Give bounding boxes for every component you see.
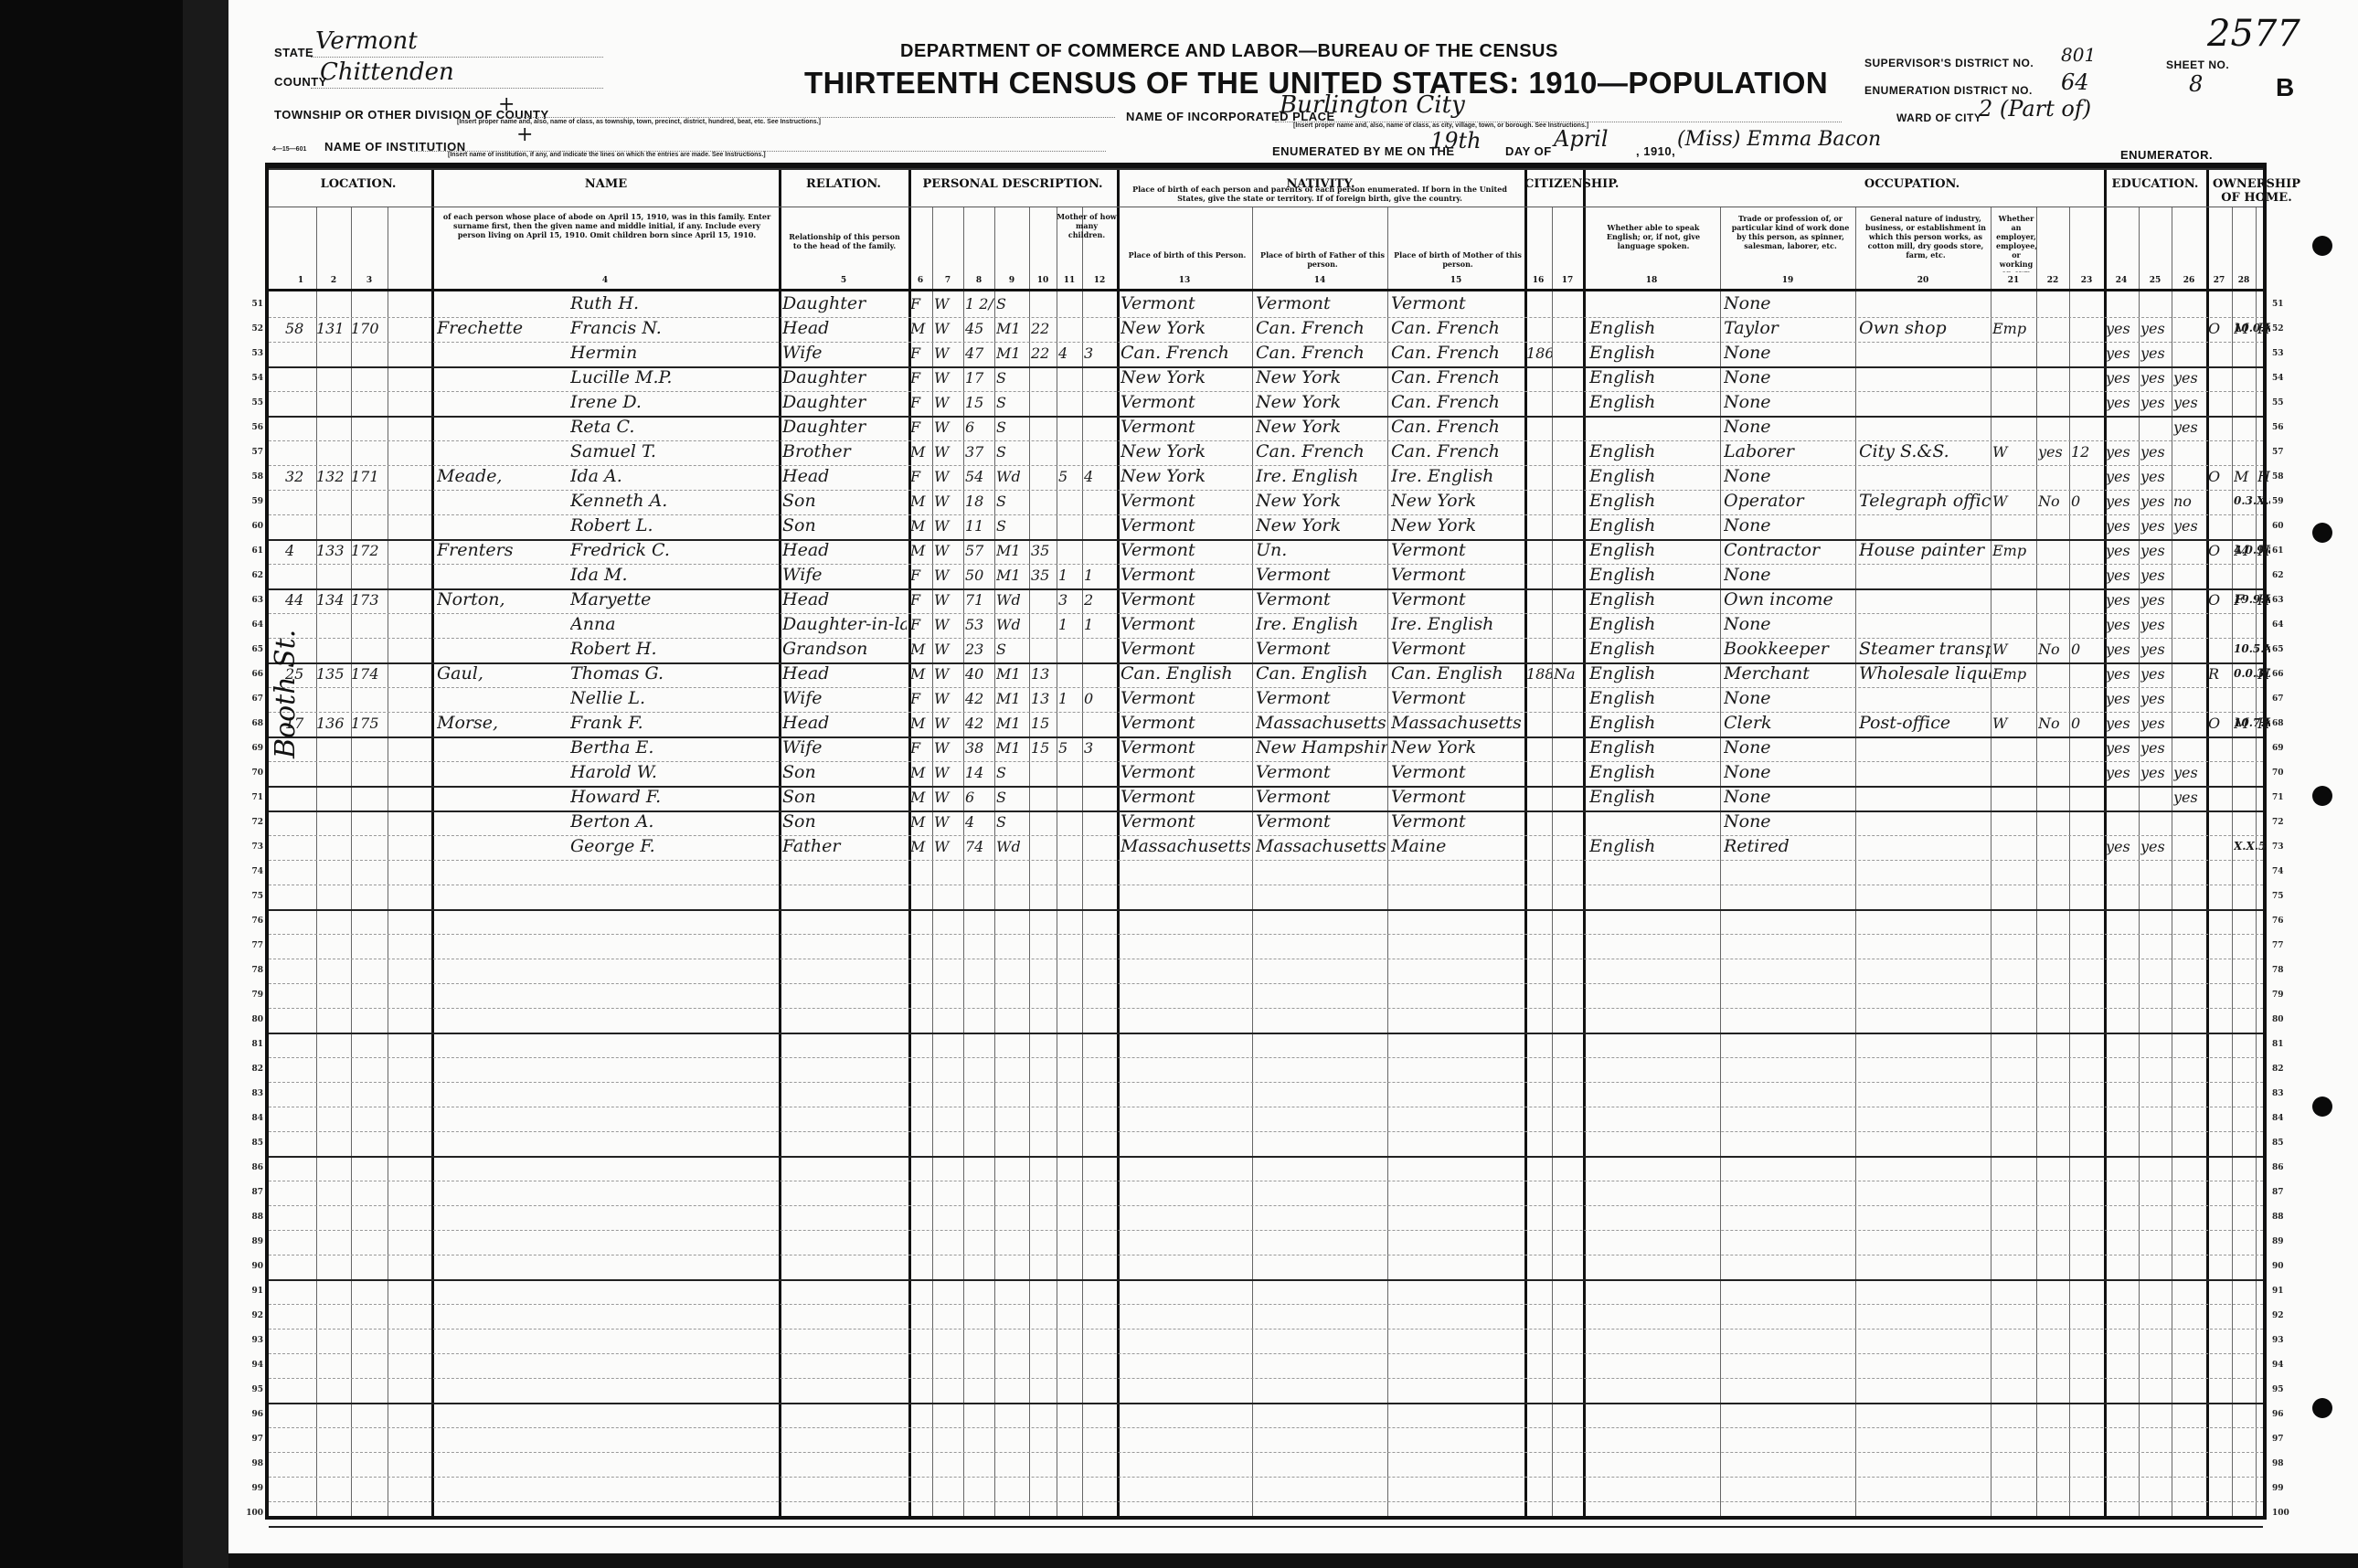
cell-employer: W [1992,638,2036,661]
cell-mother-birth: Vermont [1391,539,1523,562]
cell-father-birth: New York [1256,366,1387,389]
row-number: 81 [236,1040,263,1049]
cell-race: W [934,712,961,735]
cell-mother-birth: Ire. English [1391,613,1523,636]
cell-given: Ruth H. [570,292,776,315]
row-rule [269,1107,2263,1107]
cell-age: 50 [965,564,994,587]
cell-relation: Head [782,712,907,735]
cell-mother-birth: Can. French [1391,317,1523,340]
column-number: 2 [324,276,343,285]
cell-industry: Steamer transportation [1859,638,1991,661]
cell-family: 172 [351,539,388,562]
row-number: 72 [2272,818,2300,827]
year-label: , 1910, [1636,144,1675,158]
table-row[interactable]: 25135174Gaul,Thomas G.HeadMW40M113Can. E… [269,662,2263,687]
cell-marital: S [996,810,1029,833]
cell-surname: Frenters [437,539,556,562]
row-number: 95 [2272,1385,2300,1394]
cell-dwelling: 136 [316,712,351,735]
cell-employer: Emp [1992,317,2036,340]
cell-employer: W [1992,490,2036,513]
cell-race: W [934,786,961,809]
table-row[interactable]: Ida M.WifeFW50M13511VermontVermontVermon… [269,564,2263,588]
cell-marital: S [996,292,1029,315]
cell-language: English [1589,712,1717,735]
row-rule [269,1205,2263,1206]
cell-mother-birth: Vermont [1391,564,1523,587]
cell-birth: Vermont [1121,613,1252,636]
row-number: 85 [236,1139,263,1148]
cell-schedule-code: 0.3.X.8 [2234,490,2270,513]
cell-language: English [1589,366,1717,389]
sheet-value: 8 [2189,71,2203,97]
cell-relation: Head [782,539,907,562]
cell-given: Howard F. [570,786,776,809]
cell-marital: Wd [996,465,1029,488]
cell-sex: M [910,761,932,784]
cell-given: Ida M. [570,564,776,587]
row-number: 84 [2272,1114,2300,1123]
cell-age: 42 [965,712,994,735]
column-number: 5 [834,276,853,285]
row-number: 54 [2272,374,2300,383]
column-group-title: PERSONAL DESCRIPTION. [908,177,1117,191]
cell-industry: Post-office [1859,712,1991,735]
row-number: 57 [2272,448,2300,457]
table-row[interactable]: Ruth H.DaughterFW1 2/12SVermontVermontVe… [269,292,2263,317]
table-row[interactable]: 44134173Norton,MaryetteHeadFW71Wd32Vermo… [269,588,2263,613]
row-number: 94 [2272,1361,2300,1370]
cell-write: yes [2140,514,2172,537]
table-row[interactable]: Robert L.SonMW11SVermontNew YorkNew York… [269,514,2263,539]
column-description-mother-of: Mother of how many children. [1057,212,1117,272]
cell-relation: Head [782,588,907,611]
row-number: 88 [2272,1213,2300,1222]
row-rule [269,860,2263,861]
cell-children-living: 4 [1084,465,1115,488]
cell-sex: M [910,786,932,809]
cell-write: yes [2140,687,2172,710]
cell-trade: None [1724,465,1855,488]
table-row[interactable]: George F.FatherMW74WdMassachusettsMassac… [269,835,2263,860]
cell-industry: City S.&S. [1859,440,1991,463]
cell-birth: Vermont [1121,564,1252,587]
cell-read: yes [2106,539,2139,562]
cell-given: Kenneth A. [570,490,776,513]
cell-father-birth: Can. French [1256,342,1387,365]
cell-children-living: 1 [1084,613,1115,636]
row-rule [269,1008,2263,1009]
table-row[interactable]: Lucille M.P.DaughterFW17SNew YorkNew Yor… [269,366,2263,391]
cell-marital: M1 [996,342,1029,365]
cell-own: O [2208,588,2232,611]
cell-read: yes [2106,687,2139,710]
cell-schedule-code: 19.9.X.X [2234,588,2270,611]
cell-write: yes [2140,342,2172,365]
row-rule [269,1378,2263,1379]
cell-write: yes [2140,564,2172,587]
table-row[interactable]: 32132171Meade,Ida A.HeadFW54Wd54New York… [269,465,2263,490]
cell-marital: M1 [996,317,1029,340]
enumerated-month: April [1554,126,1609,152]
table-row[interactable]: AnnaDaughter-in-lawFW53Wd11VermontIre. E… [269,613,2263,638]
row-number: 80 [236,1015,263,1024]
table-row[interactable]: HerminWifeFW47M12243Can. FrenchCan. Fren… [269,342,2263,366]
cell-age: 1 2/12 [965,292,994,315]
cell-age: 17 [965,366,994,389]
cell-read: yes [2106,391,2139,414]
cell-sex: F [910,687,932,710]
cell-employer: W [1992,712,2036,735]
cell-trade: Contractor [1724,539,1855,562]
sheet-label: SHEET NO. [2166,58,2229,71]
column-number: 13 [1175,276,1194,285]
table-row[interactable]: Kenneth A.SonMW18SVermontNew YorkNew Yor… [269,490,2263,514]
table-row[interactable]: Howard F.SonMW6SVermontVermontVermontEng… [269,786,2263,810]
table-row[interactable]: 17136175Morse,Frank F.HeadMW42M115Vermon… [269,712,2263,736]
cell-trade: Operator [1724,490,1855,513]
cell-read: yes [2106,761,2139,784]
cell-surname: Norton, [437,588,556,611]
cell-school: yes [2173,786,2206,809]
cell-age: 4 [965,810,994,833]
row-number: 90 [2272,1262,2300,1271]
cell-sex: F [910,342,932,365]
cell-sex: M [910,514,932,537]
row-rule [269,983,2263,984]
cell-sex: M [910,835,932,858]
cell-given: Harold W. [570,761,776,784]
cell-race: W [934,416,961,439]
supervisor-label: SUPERVISOR'S DISTRICT NO. [1864,57,2034,69]
cell-age: 14 [965,761,994,784]
row-number: 94 [236,1361,263,1370]
cell-dwelling: 131 [316,317,351,340]
cell-children-born: 3 [1058,588,1082,611]
cell-birth: Vermont [1121,292,1252,315]
cell-language: English [1589,662,1717,685]
row-number: 98 [236,1459,263,1468]
table-row[interactable]: Harold W.SonMW14SVermontVermontVermontEn… [269,761,2263,786]
table-row[interactable]: Berton A.SonMW4SVermontVermontVermontNon… [269,810,2263,835]
column-group-title: OWNERSHIP OF HOME. [2206,177,2307,205]
cell-yrs-married: 15 [1031,712,1057,735]
cell-immig: 1863 [1526,342,1552,365]
column-number: 7 [939,276,957,285]
cell-given: Reta C. [570,416,776,439]
row-rule [269,1230,2263,1231]
row-number: 56 [2272,423,2300,432]
cell-mother-birth: Vermont [1391,588,1523,611]
cell-surname: Morse, [437,712,556,735]
column-number: 25 [2146,276,2164,285]
cell-write: yes [2140,638,2172,661]
column-group-title: EDUCATION. [2104,177,2206,191]
cell-marital: M1 [996,564,1029,587]
cell-relation: Son [782,810,907,833]
cell-write: yes [2140,588,2172,611]
punch-hole-3 [2312,786,2332,806]
cell-age: 23 [965,638,994,661]
cell-schedule-code: 4.0.9.8 [2234,539,2270,562]
row-number: 86 [2272,1163,2300,1172]
cell-birth: Vermont [1121,539,1252,562]
cell-sex: F [910,292,932,315]
cell-race: W [934,317,961,340]
cell-surname: Gaul, [437,662,556,685]
cell-race: W [934,613,961,636]
cell-industry: Telegraph office [1859,490,1991,513]
institution-note: [Insert name of institution, if any, and… [448,152,766,158]
column-number: 17 [1558,276,1577,285]
supervisor-value: 801 [2061,44,2096,66]
cell-birth: New York [1121,366,1252,389]
cell-mother-birth: New York [1391,490,1523,513]
row-number: 79 [2272,991,2300,1000]
cell-yrs-married: 22 [1031,317,1057,340]
row-rule [269,1279,2263,1281]
cell-sex: F [910,416,932,439]
cell-employer: W [1992,440,2036,463]
cell-birth: Vermont [1121,786,1252,809]
cell-age: 74 [965,835,994,858]
cell-language: English [1589,687,1717,710]
cell-schedule-code: 10.0.X.2 [2234,317,2270,340]
cell-race: W [934,736,961,759]
cell-relation: Wife [782,564,907,587]
table-row[interactable]: Bertha E.WifeFW38M11553VermontNew Hampsh… [269,736,2263,761]
cell-language: English [1589,613,1717,636]
cell-trade: None [1724,810,1855,833]
cell-mother-birth: Can. French [1391,366,1523,389]
cell-read: yes [2106,835,2139,858]
cell-write: yes [2140,736,2172,759]
incorporated-place-value: Burlington City [1280,91,1465,119]
cell-language: English [1589,786,1717,809]
table-row[interactable]: Irene D.DaughterFW15SVermontNew YorkCan.… [269,391,2263,416]
cell-read: yes [2106,588,2139,611]
row-rule [269,1082,2263,1083]
cell-relation: Daughter [782,391,907,414]
row-number: 73 [236,842,263,852]
cell-birth: Can. French [1121,342,1252,365]
cell-write: yes [2140,490,2172,513]
township-note: [Insert proper name and, also, name of c… [457,119,821,125]
row-number: 92 [236,1311,263,1320]
table-row[interactable]: Samuel T.BrotherMW37SNew YorkCan. French… [269,440,2263,465]
institution-value: + [516,123,533,146]
row-number: 99 [2272,1484,2300,1493]
row-number: 71 [236,793,263,802]
cell-race: W [934,687,961,710]
table-row[interactable]: 58131170FrechetteFrancis N.HeadMW45M122N… [269,317,2263,342]
cell-family: 171 [351,465,388,488]
cell-age: 6 [965,416,994,439]
form-code: 4—15—601 [272,146,306,153]
cell-employer: Emp [1992,539,2036,562]
cell-children-born: 4 [1058,342,1082,365]
cell-given: George F. [570,835,776,858]
cell-children-living: 2 [1084,588,1115,611]
county-value: Chittenden [320,58,454,86]
cell-marital: M1 [996,712,1029,735]
cell-father-birth: Can. English [1256,662,1387,685]
row-number: 61 [236,546,263,556]
cell-dwelling: 132 [316,465,351,488]
table-row[interactable]: Robert H.GrandsonMW23SVermontVermontVerm… [269,638,2263,662]
cell-father-birth: Vermont [1256,638,1387,661]
cell-relation: Son [782,490,907,513]
cell-language: English [1589,514,1717,537]
cell-birth: Vermont [1121,687,1252,710]
cell-trade: None [1724,687,1855,710]
row-number: 51 [2272,300,2300,309]
cell-sex: M [910,712,932,735]
scan-border-left-inner [183,0,228,1568]
row-number: 62 [2272,571,2300,580]
cell-race: W [934,342,961,365]
row-number: 70 [2272,768,2300,778]
cell-birth: Vermont [1121,712,1252,735]
cell-marital: S [996,761,1029,784]
cell-relation: Brother [782,440,907,463]
row-number: 97 [2272,1435,2300,1444]
cell-trade: None [1724,786,1855,809]
enumerator-name: (Miss) Emma Bacon [1677,128,1881,151]
cell-language: English [1589,391,1717,414]
cell-relation: Daughter-in-law [782,613,907,636]
cell-relation: Daughter [782,366,907,389]
cell-given: Fredrick C. [570,539,776,562]
column-number: 14 [1311,276,1329,285]
row-rule [269,909,2263,911]
cell-age: 54 [965,465,994,488]
row-number: 51 [236,300,263,309]
cell-relation: Head [782,317,907,340]
cell-mother-birth: Vermont [1391,292,1523,315]
enumeration-label: ENUMERATION DISTRICT NO. [1864,84,2033,97]
cell-trade: None [1724,514,1855,537]
column-number: 8 [970,276,988,285]
row-number: 96 [236,1410,263,1419]
cell-industry: Wholesale liquor [1859,662,1991,685]
cell-read: yes [2106,317,2139,340]
column-group-title: RELATION. [779,177,908,191]
cell-yrs-married: 15 [1031,736,1057,759]
punch-hole-2 [2312,523,2332,543]
cell-out-work: No [2038,638,2069,661]
cell-read: yes [2106,638,2139,661]
cell-mother-birth: Vermont [1391,761,1523,784]
cell-school: yes [2173,391,2206,414]
column-number: 28 [2235,276,2253,285]
cell-given: Frank F. [570,712,776,735]
row-number: 56 [236,423,263,432]
cell-father-birth: Vermont [1256,588,1387,611]
row-number: 67 [2272,694,2300,704]
row-number: 60 [2272,522,2300,531]
county-underline [311,88,603,89]
row-number: 91 [236,1287,263,1296]
cell-language: English [1589,736,1717,759]
column-description-birth-person: Place of birth of this Person. [1123,250,1251,272]
cell-birth: New York [1121,317,1252,340]
punch-hole-4 [2312,1097,2332,1117]
cell-birth: New York [1121,465,1252,488]
cell-children-born: 5 [1058,465,1082,488]
column-number: 18 [1642,276,1661,285]
row-rule [269,1329,2263,1330]
cell-trade: Taylor [1724,317,1855,340]
row-number: 59 [236,497,263,506]
cell-marital: S [996,366,1029,389]
cell-given: Nellie L. [570,687,776,710]
row-number: 65 [2272,645,2300,654]
row-number: 65 [236,645,263,654]
cell-trade: Merchant [1724,662,1855,685]
row-number: 71 [2272,793,2300,802]
cell-marital: S [996,391,1029,414]
cell-race: W [934,514,961,537]
row-rule [269,1353,2263,1354]
cell-age: 47 [965,342,994,365]
cell-birth: Vermont [1121,810,1252,833]
cell-given: Anna [570,613,776,636]
cell-race: W [934,810,961,833]
cell-language: English [1589,342,1717,365]
cell-race: W [934,440,961,463]
row-number: 55 [2272,398,2300,408]
cell-language: English [1589,440,1717,463]
cell-race: W [934,662,961,685]
row-number: 64 [2272,620,2300,630]
cell-mother-birth: Maine [1391,835,1523,858]
cell-marital: Wd [996,613,1029,636]
row-rule [269,934,2263,935]
row-number: 89 [2272,1237,2300,1246]
cell-write: yes [2140,761,2172,784]
cell-trade: Own income [1724,588,1855,611]
cell-language: English [1589,638,1717,661]
cell-trade: Retired [1724,835,1855,858]
column-number: 19 [1779,276,1797,285]
cell-out-work: No [2038,712,2069,735]
cell-read: yes [2106,490,2139,513]
column-group-title: NAME [433,177,779,191]
row-number: 64 [236,620,263,630]
column-description-employer: Whether an employer, employee, or workin… [1996,214,2036,272]
cell-mother-birth: Can. French [1391,440,1523,463]
cell-dwelling: 133 [316,539,351,562]
table-row[interactable]: 4133172FrentersFredrick C.HeadMW57M135Ve… [269,539,2263,564]
row-rule [269,1427,2263,1428]
cell-mother-birth: Can. English [1391,662,1523,685]
cell-trade: None [1724,761,1855,784]
cell-sex: F [910,391,932,414]
cell-industry: Own shop [1859,317,1991,340]
cell-age: 18 [965,490,994,513]
column-number: 12 [1090,276,1109,285]
table-row[interactable]: Nellie L.WifeFW42M11310VermontVermontVer… [269,687,2263,712]
row-number: 77 [2272,941,2300,950]
row-number: 78 [236,966,263,975]
table-row[interactable]: Reta C.DaughterFW6SVermontNew YorkCan. F… [269,416,2263,440]
cell-trade: None [1724,416,1855,439]
cell-father-birth: Vermont [1256,786,1387,809]
cell-trade: None [1724,391,1855,414]
cell-sex: M [910,638,932,661]
